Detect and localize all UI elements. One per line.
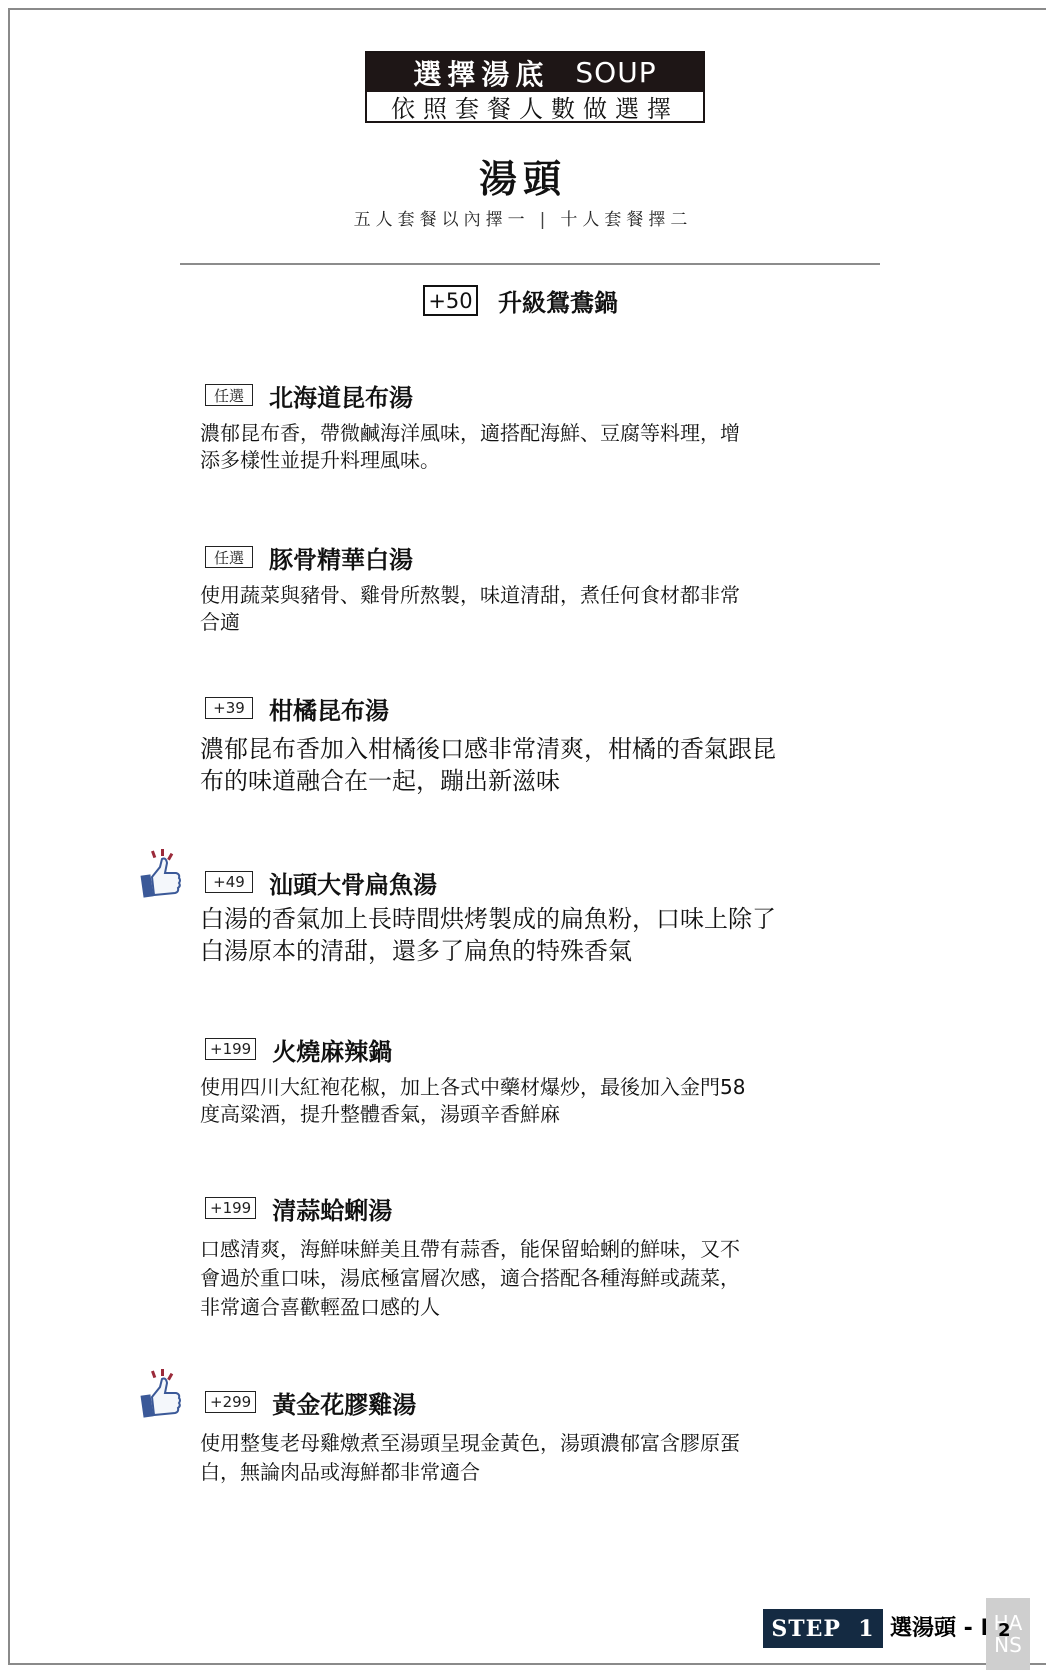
description-line: 使用整隻老母雞燉煮至湯頭呈現金黃色，湯頭濃郁富含膠原蛋	[200, 1429, 860, 1458]
soup-item[interactable]: 任選 北海道昆布湯 濃郁昆布香，帶微鹹海洋風味，適搭配海鮮、豆腐等料理，增 添多…	[205, 382, 865, 408]
description-line: 添多樣性並提升料理風味。	[200, 447, 860, 474]
rule-left: 五人套餐以內擇一	[354, 210, 530, 230]
description-line: 白湯原本的清甜，還多了扁魚的特殊香氣	[200, 935, 860, 967]
soup-description: 使用整隻老母雞燉煮至湯頭呈現金黃色，湯頭濃郁富含膠原蛋 白，無論肉品或海鮮都非常…	[200, 1429, 860, 1487]
divider	[180, 263, 880, 265]
description-line: 白湯的香氣加上長時間烘烤製成的扁魚粉，口味上除了	[200, 903, 860, 935]
description-line: 合適	[200, 609, 860, 636]
thumbs-up-icon	[140, 1369, 184, 1421]
soup-name: 火燒麻辣鍋	[272, 1032, 392, 1067]
price-tag: 任選	[205, 384, 253, 406]
rule-separator: |	[540, 210, 551, 230]
rule-right: 十人套餐擇二	[560, 210, 692, 230]
soup-description: 使用蔬菜與豬骨、雞骨所熬製，味道清甜，煮任何食材都非常 合適	[200, 582, 860, 636]
price-tag: 任選	[205, 546, 253, 568]
price-tag: +299	[205, 1391, 256, 1413]
page-label: 選湯頭 - P	[890, 1611, 997, 1642]
description-line: 會過於重口味，湯底極富層次感，適合搭配各種海鮮或蔬菜，	[200, 1264, 860, 1293]
page-number: 2	[998, 1620, 1011, 1641]
upgrade-option[interactable]: +50 升級鴛鴦鍋	[423, 283, 618, 318]
description-line: 使用蔬菜與豬骨、雞骨所熬製，味道清甜，煮任何食材都非常	[200, 582, 860, 609]
upgrade-price-tag: +50	[423, 285, 478, 316]
soup-name: 北海道昆布湯	[269, 378, 413, 413]
soup-description: 濃郁昆布香，帶微鹹海洋風味，適搭配海鮮、豆腐等料理，增 添多樣性並提升料理風味。	[200, 420, 860, 474]
description-line: 非常適合喜歡輕盈口感的人	[200, 1293, 860, 1322]
soup-description: 白湯的香氣加上長時間烘烤製成的扁魚粉，口味上除了 白湯原本的清甜，還多了扁魚的特…	[200, 903, 860, 967]
description-line: 布的味道融合在一起，蹦出新滋味	[200, 765, 860, 797]
soup-item[interactable]: +299 黃金花膠雞湯 使用整隻老母雞燉煮至湯頭呈現金黃色，湯頭濃郁富含膠原蛋 …	[205, 1389, 865, 1415]
step-badge: STEP 1	[763, 1609, 883, 1648]
description-line: 白，無論肉品或海鮮都非常適合	[200, 1458, 860, 1487]
upgrade-label: 升級鴛鴦鍋	[498, 283, 618, 318]
soup-description: 使用四川大紅袍花椒，加上各式中藥材爆炒，最後加入金門58 度高粱酒，提升整體香氣…	[200, 1074, 860, 1128]
selection-rule: 五人套餐以內擇一|十人套餐擇二	[0, 205, 1046, 230]
section-header-box: 選擇湯底 SOUP 依照套餐人數做選擇	[365, 51, 705, 123]
soup-name: 豚骨精華白湯	[269, 540, 413, 575]
description-line: 口感清爽，海鮮味鮮美且帶有蒜香，能保留蛤蜊的鮮味，又不	[200, 1235, 860, 1264]
description-line: 濃郁昆布香，帶微鹹海洋風味，適搭配海鮮、豆腐等料理，增	[200, 420, 860, 447]
soup-description: 口感清爽，海鮮味鮮美且帶有蒜香，能保留蛤蜊的鮮味，又不 會過於重口味，湯底極富層…	[200, 1235, 860, 1322]
header-title-bar: 選擇湯底 SOUP	[367, 53, 703, 92]
soup-item[interactable]: 任選 豚骨精華白湯 使用蔬菜與豬骨、雞骨所熬製，味道清甜，煮任何食材都非常 合適	[205, 544, 865, 570]
price-tag: +199	[205, 1038, 256, 1060]
soup-item[interactable]: +49 汕頭大骨扁魚湯 白湯的香氣加上長時間烘烤製成的扁魚粉，口味上除了 白湯原…	[205, 869, 865, 895]
description-line: 使用四川大紅袍花椒，加上各式中藥材爆炒，最後加入金門58	[200, 1074, 860, 1101]
page-title: 湯頭	[0, 148, 1046, 203]
soup-name: 柑橘昆布湯	[269, 691, 389, 726]
price-tag: +199	[205, 1197, 256, 1219]
soup-item[interactable]: +199 火燒麻辣鍋 使用四川大紅袍花椒，加上各式中藥材爆炒，最後加入金門58 …	[205, 1036, 865, 1062]
soup-name: 汕頭大骨扁魚湯	[269, 865, 437, 900]
price-tag: +39	[205, 697, 253, 719]
header-title-en: SOUP	[575, 56, 656, 89]
description-line: 濃郁昆布香加入柑橘後口感非常清爽，柑橘的香氣跟昆	[200, 733, 860, 765]
soup-name: 清蒜蛤蜊湯	[272, 1191, 392, 1226]
header-subtitle: 依照套餐人數做選擇	[367, 92, 703, 121]
soup-name: 黃金花膠雞湯	[272, 1385, 416, 1420]
thumbs-up-icon	[140, 849, 184, 901]
soup-item[interactable]: +199 清蒜蛤蜊湯 口感清爽，海鮮味鮮美且帶有蒜香，能保留蛤蜊的鮮味，又不 會…	[205, 1195, 865, 1221]
price-tag: +49	[205, 871, 253, 893]
header-title-zh: 選擇湯底	[413, 53, 549, 93]
soup-item[interactable]: +39 柑橘昆布湯 濃郁昆布香加入柑橘後口感非常清爽，柑橘的香氣跟昆 布的味道融…	[205, 695, 865, 721]
soup-description: 濃郁昆布香加入柑橘後口感非常清爽，柑橘的香氣跟昆 布的味道融合在一起，蹦出新滋味	[200, 733, 860, 797]
description-line: 度高粱酒，提升整體香氣，湯頭辛香鮮麻	[200, 1101, 860, 1128]
